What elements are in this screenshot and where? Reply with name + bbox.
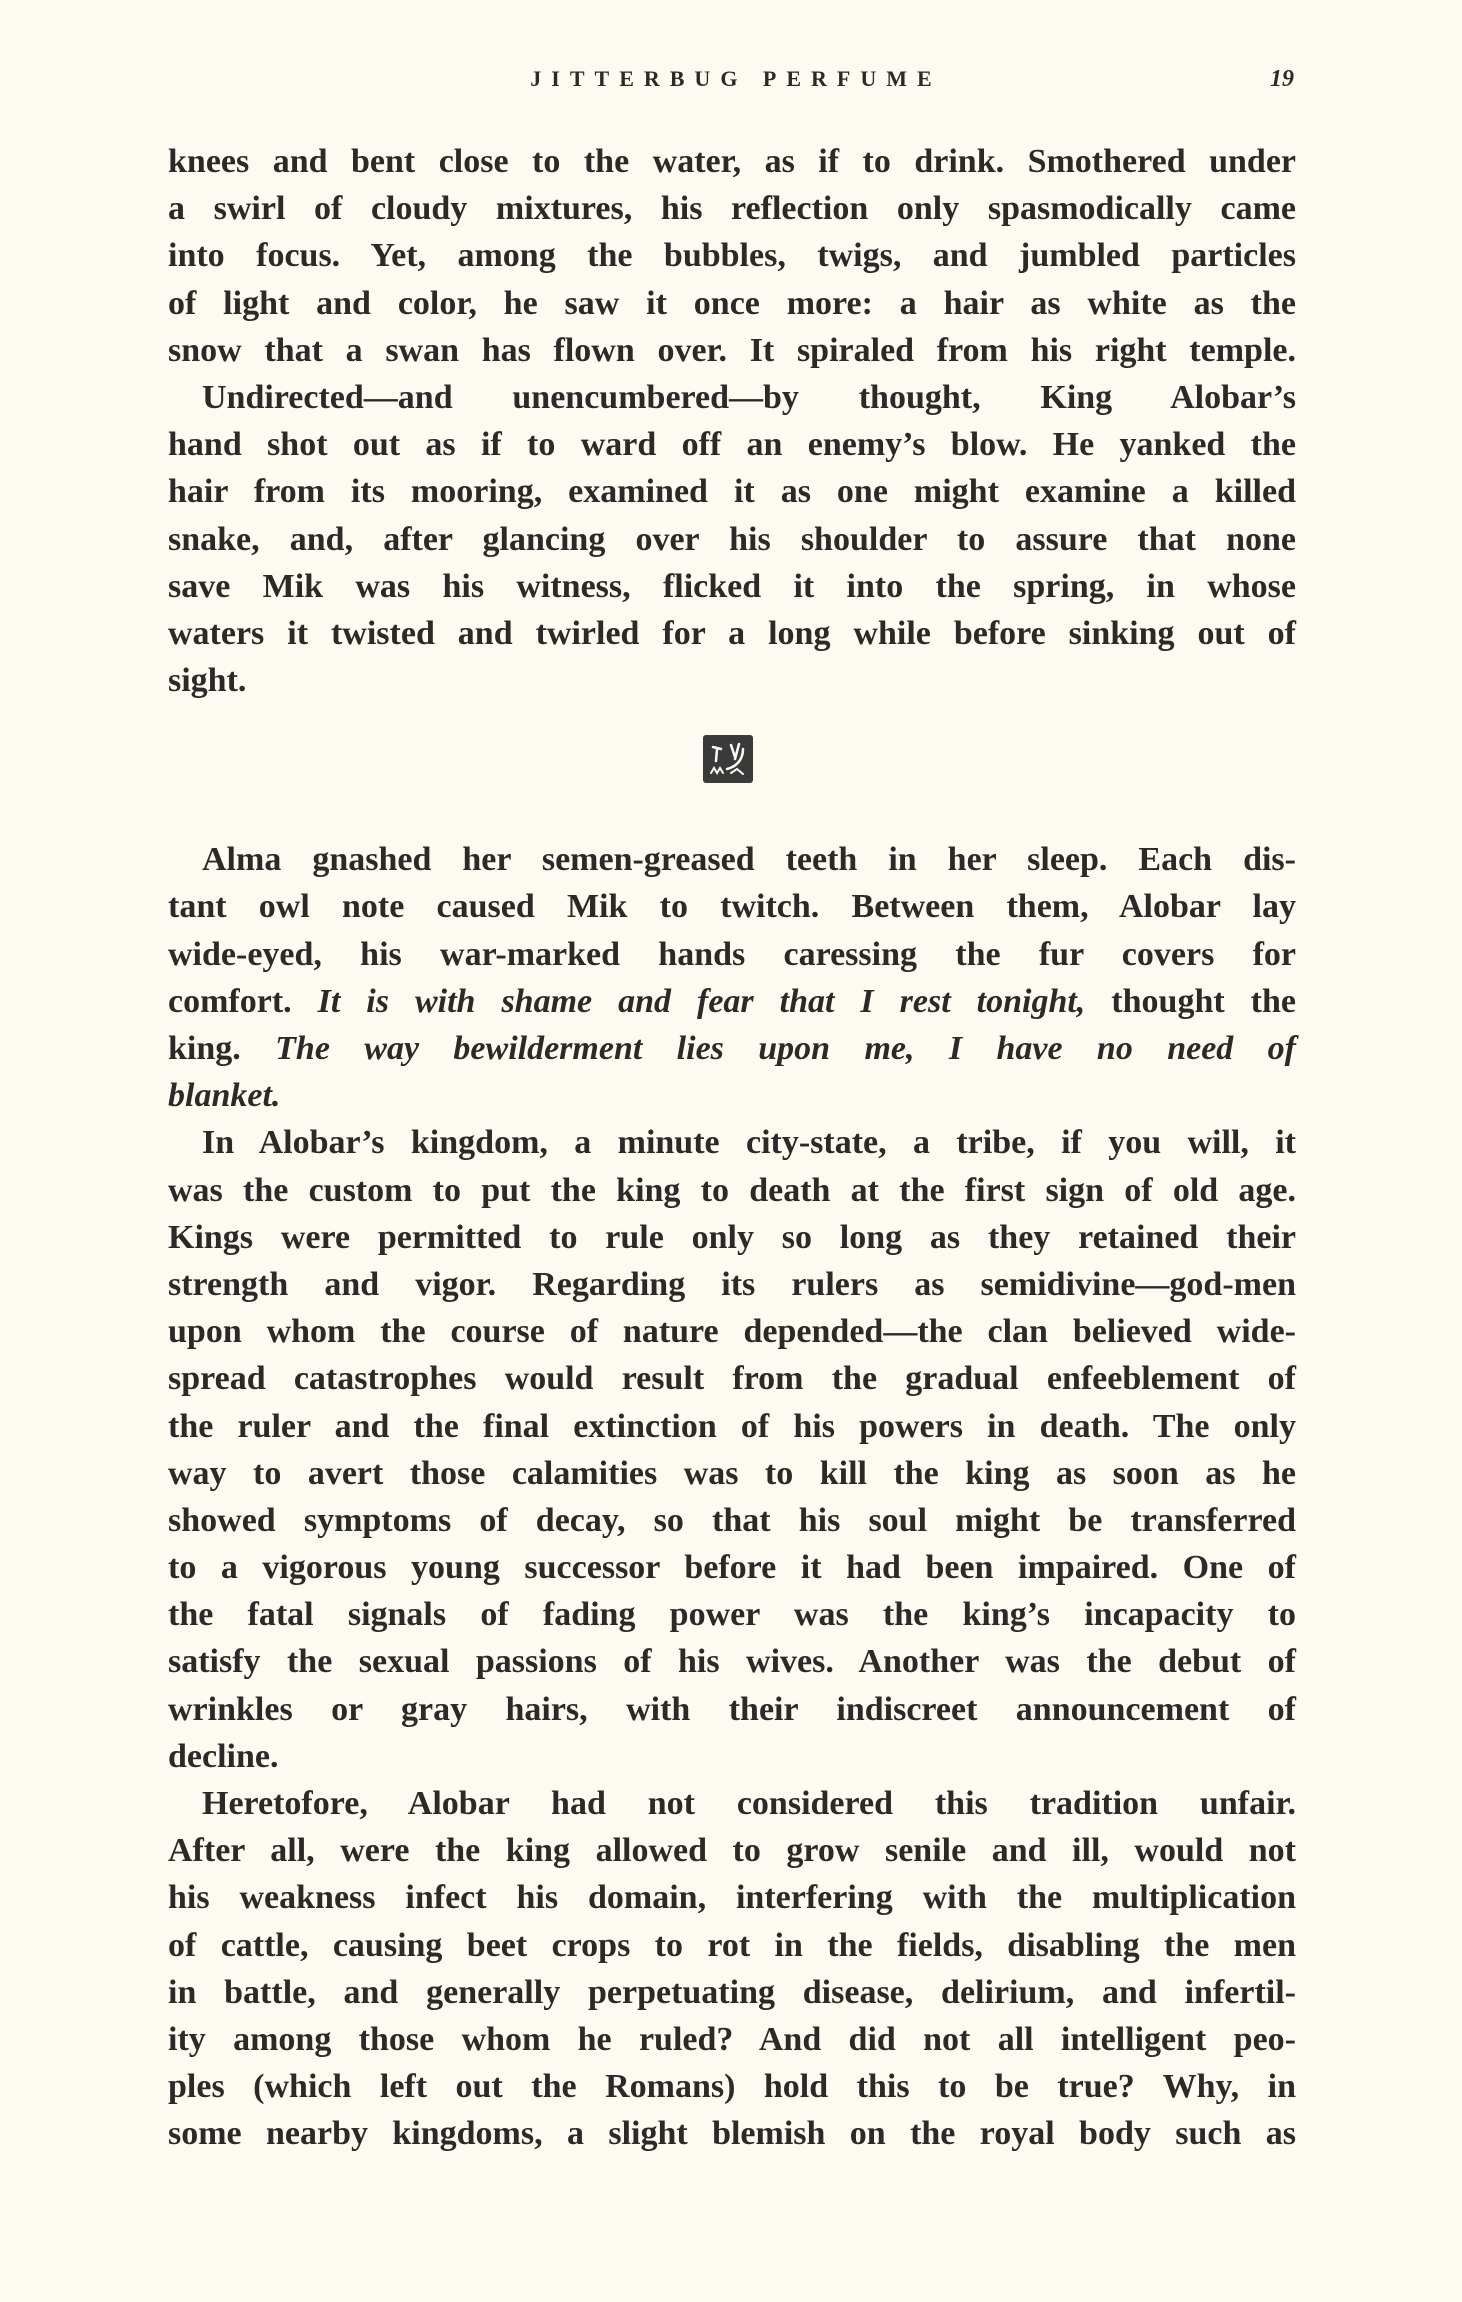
text-line: wrinkles or gray hairs, with their indis…: [168, 1686, 1296, 1733]
text-line: spread catastrophes would result from th…: [168, 1355, 1296, 1402]
text-line: waters it twisted and twirled for a long…: [168, 610, 1296, 657]
text-line: snake, and, after glancing over his shou…: [168, 516, 1296, 563]
text-line: Undirected—and unencumbered—by thought, …: [168, 374, 1296, 421]
text-line: his weakness infect his domain, interfer…: [168, 1874, 1296, 1921]
italic-thought: blanket.: [168, 1077, 280, 1114]
paragraph: Undirected—and unencumbered—by thought, …: [168, 374, 1296, 704]
text-line: the fatal signals of fading power was th…: [168, 1591, 1296, 1638]
text-line: showed symptoms of decay, so that his so…: [168, 1497, 1296, 1544]
running-title: JITTERBUG PERFUME: [496, 66, 976, 92]
text-line: upon whom the course of nature depended—…: [168, 1308, 1296, 1355]
text-line: tant owl note caused Mik to twitch. Betw…: [168, 883, 1296, 930]
text-line: blanket.: [168, 1072, 1296, 1119]
text-line: way to avert those calamities was to kil…: [168, 1450, 1296, 1497]
text-line: the ruler and the final extinction of hi…: [168, 1403, 1296, 1450]
italic-thought: It is with shame and fear that I rest to…: [318, 983, 1086, 1020]
text-line: of light and color, he saw it once more:…: [168, 280, 1296, 327]
text-line: decline.: [168, 1733, 1296, 1780]
text-line: satisfy the sexual passions of his wives…: [168, 1638, 1296, 1685]
text-run: king.: [168, 1030, 275, 1067]
text-line: in battle, and generally perpetuating di…: [168, 1969, 1296, 2016]
text-line: strength and vigor. Regarding its rulers…: [168, 1261, 1296, 1308]
text-line: save Mik was his witness, flicked it int…: [168, 563, 1296, 610]
text-run: thought the: [1085, 983, 1296, 1020]
body-text: knees and bent close to the water, as if…: [168, 138, 1296, 2158]
text-line: was the custom to put the king to death …: [168, 1167, 1296, 1214]
text-line: Heretofore, Alobar had not considered th…: [168, 1780, 1296, 1827]
text-line: king. The way bewilderment lies upon me,…: [168, 1025, 1296, 1072]
text-line: ples (which left out the Romans) hold th…: [168, 2063, 1296, 2110]
paragraph: Heretofore, Alobar had not considered th…: [168, 1780, 1296, 2158]
text-run: comfort.: [168, 983, 318, 1020]
section-break: [168, 704, 1296, 836]
text-line: knees and bent close to the water, as if…: [168, 138, 1296, 185]
text-line: wide-eyed, his war-marked hands caressin…: [168, 931, 1296, 978]
page-number: 19: [1270, 66, 1294, 93]
text-line: comfort. It is with shame and fear that …: [168, 978, 1296, 1025]
text-line: In Alobar’s kingdom, a minute city-state…: [168, 1119, 1296, 1166]
text-line: hair from its mooring, examined it as on…: [168, 468, 1296, 515]
paragraph: knees and bent close to the water, as if…: [168, 138, 1296, 374]
text-line: After all, were the king allowed to grow…: [168, 1827, 1296, 1874]
text-line: a swirl of cloudy mixtures, his reflecti…: [168, 185, 1296, 232]
text-line: ity among those whom he ruled? And did n…: [168, 2016, 1296, 2063]
section-break-ornament-icon: [703, 735, 753, 783]
text-line: snow that a swan has flown over. It spir…: [168, 327, 1296, 374]
text-line: of cattle, causing beet crops to rot in …: [168, 1922, 1296, 1969]
italic-thought: The way bewilderment lies upon me, I hav…: [275, 1030, 1296, 1067]
paragraph: In Alobar’s kingdom, a minute city-state…: [168, 1119, 1296, 1780]
text-line: Kings were permitted to rule only so lon…: [168, 1214, 1296, 1261]
text-line: sight.: [168, 657, 1296, 704]
text-line: Alma gnashed her semen-greased teeth in …: [168, 836, 1296, 883]
text-line: to a vigorous young successor before it …: [168, 1544, 1296, 1591]
running-head: JITTERBUG PERFUME 19: [0, 66, 1462, 106]
paragraph: Alma gnashed her semen-greased teeth in …: [168, 836, 1296, 1119]
text-line: some nearby kingdoms, a slight blemish o…: [168, 2110, 1296, 2157]
text-line: hand shot out as if to ward off an enemy…: [168, 421, 1296, 468]
text-line: into focus. Yet, among the bubbles, twig…: [168, 232, 1296, 279]
